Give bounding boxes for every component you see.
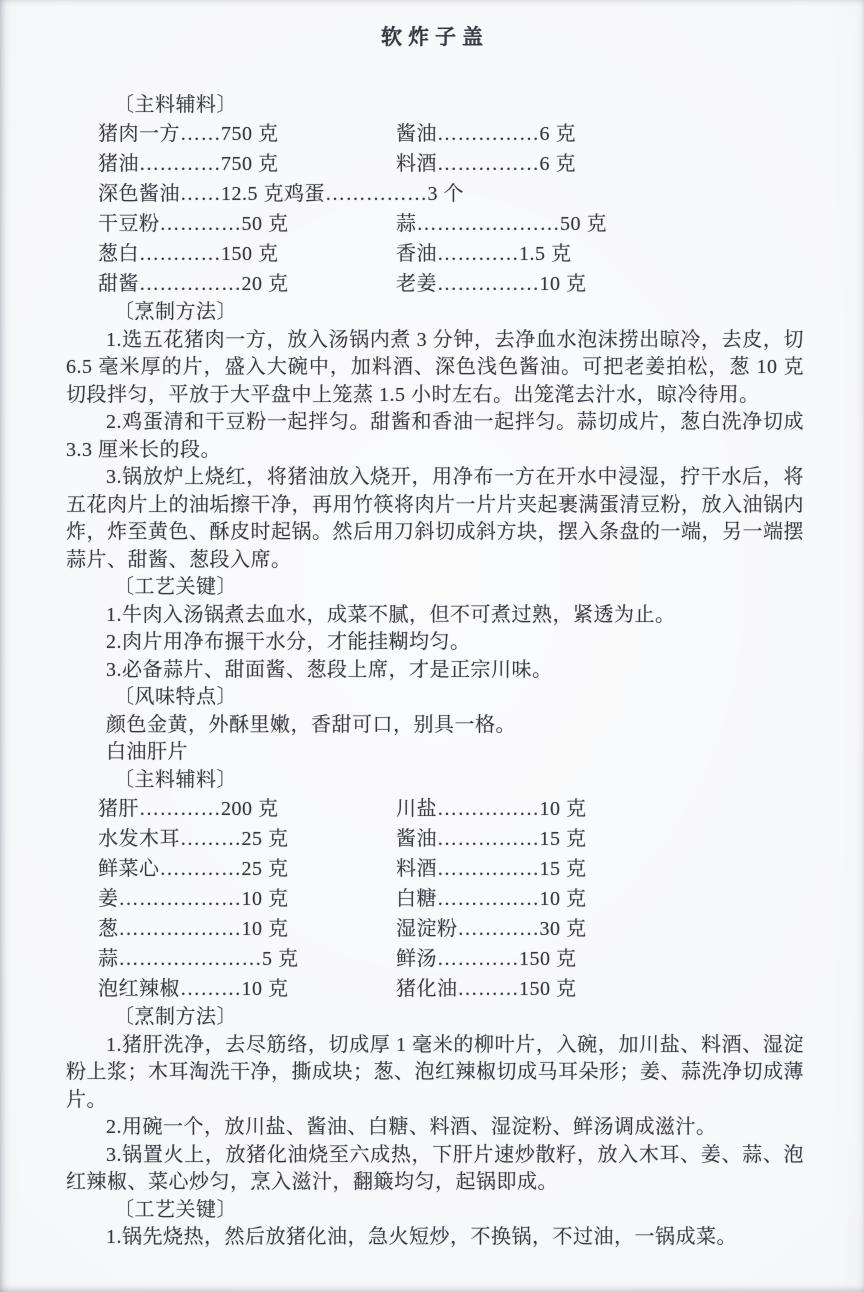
section-label-ingredients: 〔主料辅料〕 [114, 767, 804, 795]
recipe-title: 软炸子盖 [66, 24, 804, 52]
section-label-method: 〔烹制方法〕 [114, 1004, 804, 1032]
ingredient-item: 湿淀粉…………30 克 [396, 914, 587, 944]
document-body: 软炸子盖 〔主料辅料〕 猪肉一方……750 克 酱油……………6 克 猪油………… [0, 0, 864, 1252]
ingredient-item: 姜………………10 克 [98, 884, 396, 914]
ingredient-row: 蒜…………………5 克 鲜汤…………150 克 [98, 944, 804, 974]
ingredient-item: 川盐……………10 克 [396, 794, 587, 824]
ingredient-item: 干豆粉…………50 克 [98, 209, 396, 239]
key-point: 2.肉片用净布搌干水分，才能挂糊均匀。 [66, 629, 804, 657]
section-label-method: 〔烹制方法〕 [114, 299, 804, 327]
ingredient-row: 鲜菜心…………25 克 料酒……………15 克 [98, 854, 804, 884]
ingredient-row: 泡红辣椒………10 克 猪化油………150 克 [98, 974, 804, 1004]
ingredient-row: 猪肝…………200 克 川盐……………10 克 [98, 794, 804, 824]
ingredient-item: 鲜汤…………150 克 [396, 944, 577, 974]
ingredient-item: 猪肝…………200 克 [98, 794, 396, 824]
ingredient-list: 猪肉一方……750 克 酱油……………6 克 猪油…………750 克 料酒………… [66, 119, 804, 299]
ingredient-item: 香油…………1.5 克 [396, 239, 572, 269]
ingredient-row: 深色酱油……12.5 克鸡蛋……………3 个 [98, 179, 804, 209]
ingredient-row: 甜酱……………20 克 老姜……………10 克 [98, 269, 804, 299]
ingredient-item: 葱………………10 克 [98, 914, 396, 944]
ingredient-item: 料酒……………15 克 [396, 854, 587, 884]
ingredient-item: 甜酱……………20 克 [98, 269, 396, 299]
ingredient-item: 泡红辣椒………10 克 [98, 974, 396, 1004]
ingredient-row: 干豆粉…………50 克 蒜…………………50 克 [98, 209, 804, 239]
ingredient-row: 葱………………10 克 湿淀粉…………30 克 [98, 914, 804, 944]
ingredient-item: 鲜菜心…………25 克 [98, 854, 396, 884]
ingredient-item: 蒜…………………5 克 [98, 944, 396, 974]
ingredient-row: 姜………………10 克 白糖……………10 克 [98, 884, 804, 914]
section-label-keys: 〔工艺关键〕 [114, 1197, 804, 1225]
ingredient-item: 猪化油………150 克 [396, 974, 577, 1004]
ingredient-item: 蒜…………………50 克 [396, 209, 607, 239]
ingredient-list: 猪肝…………200 克 川盐……………10 克 水发木耳………25 克 酱油……… [66, 794, 804, 1004]
ingredient-row: 葱白…………150 克 香油…………1.5 克 [98, 239, 804, 269]
ingredient-item: 白糖……………10 克 [396, 884, 587, 914]
method-step: 1.选五花猪肉一方，放入汤锅内煮 3 分钟，去净血水泡沫捞出晾冷，去皮，切 6.… [66, 327, 804, 410]
ingredient-item: 料酒……………6 克 [396, 149, 576, 179]
method-step: 3.锅置火上，放猪化油烧至六成热，下肝片速炒散籽，放入木耳、姜、蒜、泡红辣椒、菜… [66, 1142, 804, 1197]
ingredient-row: 猪油…………750 克 料酒……………6 克 [98, 149, 804, 179]
section-label-keys: 〔工艺关键〕 [114, 574, 804, 602]
ingredient-item: 葱白…………150 克 [98, 239, 396, 269]
ingredient-item: 酱油……………15 克 [396, 824, 587, 854]
key-point: 1.牛肉入汤锅煮去血水，成菜不腻，但不可煮过熟，紧透为止。 [66, 602, 804, 630]
ingredient-item: 猪肉一方……750 克 [98, 119, 396, 149]
ingredient-item: 老姜……………10 克 [396, 269, 587, 299]
method-step: 2.用碗一个，放川盐、酱油、白糖、料酒、湿淀粉、鲜汤调成滋汁。 [66, 1114, 804, 1142]
ingredient-item: 猪油…………750 克 [98, 149, 396, 179]
key-point: 3.必备蒜片、甜面酱、葱段上席，才是正宗川味。 [66, 657, 804, 685]
ingredient-item: 深色酱油……12.5 克鸡蛋……………3 个 [98, 179, 464, 209]
section-label-ingredients: 〔主料辅料〕 [114, 92, 804, 120]
method-step: 1.猪肝洗净，去尽筋络，切成厚 1 毫米的柳叶片，入碗，加川盐、料酒、湿淀粉上浆… [66, 1032, 804, 1115]
method-step: 3.锅放炉上烧红，将猪油放入烧开，用净布一方在开水中浸湿，拧干水后，将五花肉片上… [66, 464, 804, 574]
ingredient-item: 水发木耳………25 克 [98, 824, 396, 854]
method-step: 2.鸡蛋清和干豆粉一起拌匀。甜酱和香油一起拌匀。蒜切成片，葱白洗净切成 3.3 … [66, 409, 804, 464]
section-label-flavor: 〔风味特点〕 [114, 684, 804, 712]
scanned-page: 软炸子盖 〔主料辅料〕 猪肉一方……750 克 酱油……………6 克 猪油………… [0, 0, 864, 1292]
ingredient-item: 酱油……………6 克 [396, 119, 576, 149]
ingredient-row: 水发木耳………25 克 酱油……………15 克 [98, 824, 804, 854]
key-point: 1.锅先烧热，然后放猪化油，急火短炒，不换锅，不过油，一锅成菜。 [66, 1224, 804, 1252]
recipe-title: 白油肝片 [106, 739, 804, 767]
ingredient-row: 猪肉一方……750 克 酱油……………6 克 [98, 119, 804, 149]
flavor-text: 颜色金黄，外酥里嫩，香甜可口，别具一格。 [106, 712, 804, 740]
